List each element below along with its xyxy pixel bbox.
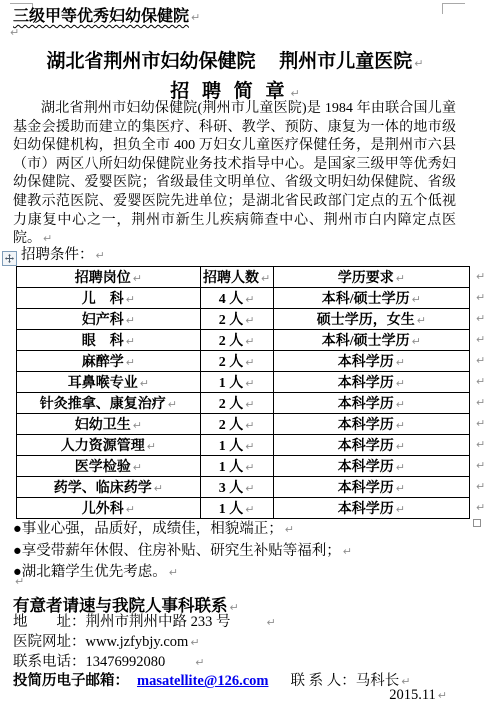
table-cell: 本科学历↵ — [273, 498, 469, 519]
row-end-mark: ↵ — [470, 477, 493, 498]
paragraph-mark-icon: ↵ — [476, 480, 485, 493]
email-line: 投简历电子邮箱：masatellite@126.com联 系 人：马科长↵ — [13, 672, 410, 692]
paragraph-mark-icon: ↵ — [396, 461, 405, 474]
paragraph-mark-icon: ↵ — [261, 272, 270, 285]
paragraph-mark-icon: ↵ — [245, 377, 254, 390]
paragraph-mark-icon: ↵ — [126, 293, 135, 306]
paragraph-mark-icon: ↵ — [396, 356, 405, 369]
table-cell: 1 人↵ — [200, 498, 273, 519]
paragraph-mark-icon: ↵ — [476, 354, 485, 367]
row-end-mark: ↵ — [470, 330, 493, 351]
table-resize-handle[interactable] — [473, 519, 481, 527]
table-cell: 儿 科↵ — [17, 288, 201, 309]
website-label: 医院网址： — [13, 634, 86, 650]
row-end-mark: ↵ — [470, 267, 493, 288]
table-row: 儿外科↵ 1 人↵ 本科学历↵ ↵ — [17, 498, 493, 519]
paragraph-mark-icon: ↵ — [133, 461, 142, 474]
table-cell: 妇幼卫生↵ — [17, 414, 201, 435]
paragraph-mark-icon: ↵ — [169, 566, 178, 579]
email-link[interactable]: masatellite@126.com — [137, 673, 268, 689]
header-cell-position: 招聘岗位↵ — [17, 267, 201, 288]
table-cell: 眼 科↵ — [17, 330, 201, 351]
paragraph-mark-icon: ↵ — [245, 440, 254, 453]
table-row: 药学、临床药学↵ 3 人↵ 本科学历↵ ↵ — [17, 477, 493, 498]
paragraph-mark-icon: ↵ — [96, 249, 105, 262]
row-end-mark: ↵ — [470, 498, 493, 519]
top-label: 三级甲等优秀妇幼保健院↵ — [13, 3, 200, 26]
table-cell: 本科学历↵ — [273, 393, 469, 414]
table-row: 妇产科↵ 2 人↵ 硕士学历，女生↵ ↵ — [17, 309, 493, 330]
table-cell: 2 人↵ — [200, 309, 273, 330]
table-cell: 2 人↵ — [200, 330, 273, 351]
website-value: www.jzfybjy.com — [86, 634, 189, 650]
table-cell: 妇产科↵ — [17, 309, 201, 330]
table-row: 麻醉学↵ 2 人↵ 本科学历↵ ↵ — [17, 351, 493, 372]
paragraph-mark-icon: ↵ — [245, 419, 254, 432]
row-end-mark: ↵ — [470, 456, 493, 477]
paragraph-mark-icon: ↵ — [140, 377, 149, 390]
paragraph-mark-icon: ↵ — [245, 482, 254, 495]
paragraph-mark-icon: ↵ — [476, 270, 485, 283]
date-line: 2015.11↵ — [389, 687, 447, 704]
paragraph-mark-icon: ↵ — [476, 312, 485, 325]
table-cell: 人力资源管理↵ — [17, 435, 201, 456]
table-cell: 2 人↵ — [200, 414, 273, 435]
paragraph-mark-icon: ↵ — [154, 482, 163, 495]
paragraph-mark-icon: ↵ — [396, 272, 405, 285]
paragraph-mark-icon: ↵ — [417, 314, 426, 327]
recruitment-table: 招聘岗位↵ 招聘人数↵ 学历要求↵ ↵ 儿 科↵ 4 人↵ 本科/硕士学历↵ ↵… — [16, 266, 493, 519]
table-cell: 3 人↵ — [200, 477, 273, 498]
paragraph-mark-icon: ↵ — [291, 87, 300, 100]
page-subtitle: 招 聘 简 章↵ — [0, 76, 470, 103]
paragraph-mark-icon: ↵ — [414, 57, 423, 70]
email-label: 投简历电子邮箱： — [13, 673, 129, 689]
top-label-text: 三级甲等优秀妇幼保健院 — [13, 8, 189, 25]
paragraph-mark-icon: ↵ — [10, 26, 19, 39]
table-cell: 耳鼻喉专业↵ — [17, 372, 201, 393]
paragraph-mark-icon: ↵ — [285, 523, 294, 536]
paragraph-mark-icon: ↵ — [476, 417, 485, 430]
paragraph-mark-icon: ↵ — [245, 335, 254, 348]
paragraph-mark-icon: ↵ — [245, 503, 254, 516]
paragraph-mark-icon: ↵ — [476, 459, 485, 472]
paragraph-mark-icon: ↵ — [476, 291, 485, 304]
paragraph-mark-icon: ↵ — [190, 636, 199, 649]
table-cell: 1 人↵ — [200, 456, 273, 477]
table-cell: 1 人↵ — [200, 372, 273, 393]
paragraph-mark-icon: ↵ — [147, 440, 156, 453]
table-row: 针灸推拿、康复治疗↵ 2 人↵ 本科学历↵ ↵ — [17, 393, 493, 414]
paragraph-mark-icon: ↵ — [396, 482, 405, 495]
row-end-mark: ↵ — [470, 393, 493, 414]
notes-list: ●事业心强，品质好，成绩佳，相貌端正；↵ ●享受带薪年休假、住房补贴、研究生补贴… — [13, 519, 352, 584]
row-end-mark: ↵ — [470, 414, 493, 435]
row-end-mark: ↵ — [470, 309, 493, 330]
text-boundary-corner-mark — [442, 3, 465, 14]
address-label: 地 址： — [13, 614, 86, 630]
phone-line: 联系电话：13476992080↵ — [13, 653, 410, 673]
contact-person-label: 联 系 人： — [290, 673, 355, 689]
phone-label: 联系电话： — [13, 654, 86, 670]
table-cell: 麻醉学↵ — [17, 351, 201, 372]
header-cell-education: 学历要求↵ — [273, 267, 469, 288]
note-item: ●事业心强，品质好，成绩佳，相貌端正；↵ — [13, 519, 352, 541]
table-row: 医学检验↵ 1 人↵ 本科学历↵ ↵ — [17, 456, 493, 477]
paragraph-mark-icon: ↵ — [245, 314, 254, 327]
paragraph-mark-icon: ↵ — [195, 656, 204, 669]
table-cell: 医学检验↵ — [17, 456, 201, 477]
paragraph-mark-icon: ↵ — [126, 314, 135, 327]
paragraph-mark-icon: ↵ — [343, 545, 352, 558]
table-row: 儿 科↵ 4 人↵ 本科/硕士学历↵ ↵ — [17, 288, 493, 309]
paragraph-mark-icon: ↵ — [476, 438, 485, 451]
paragraph-mark-icon: ↵ — [476, 396, 485, 409]
paragraph-mark-icon: ↵ — [396, 377, 405, 390]
phone-value: 13476992080 — [86, 654, 166, 670]
table-cell: 本科/硕士学历↵ — [273, 330, 469, 351]
paragraph-mark-icon: ↵ — [245, 461, 254, 474]
table-cell: 本科/硕士学历↵ — [273, 288, 469, 309]
page-title: 湖北省荆州市妇幼保健院 荆州市儿童医院↵ — [0, 46, 470, 73]
table-cell: 药学、临床药学↵ — [17, 477, 201, 498]
paragraph-mark-icon: ↵ — [245, 356, 254, 369]
table-cell: 1 人↵ — [200, 435, 273, 456]
table-move-handle-icon[interactable] — [2, 251, 17, 266]
table-cell: 2 人↵ — [200, 351, 273, 372]
table-cell: 儿外科↵ — [17, 498, 201, 519]
row-end-mark: ↵ — [470, 288, 493, 309]
row-end-mark: ↵ — [470, 435, 493, 456]
paragraph-mark-icon: ↵ — [267, 616, 276, 629]
paragraph-mark-icon: ↵ — [476, 501, 485, 514]
table-row: 人力资源管理↵ 1 人↵ 本科学历↵ ↵ — [17, 435, 493, 456]
table-cell: 针灸推拿、康复治疗↵ — [17, 393, 201, 414]
table-cell: 本科学历↵ — [273, 456, 469, 477]
row-end-mark: ↵ — [470, 351, 493, 372]
intro-paragraph: 湖北省荆州市妇幼保健院(荆州市儿童医院)是 1984 年由联合国儿童基金会援助而… — [13, 100, 456, 249]
paragraph-mark-icon: ↵ — [245, 398, 254, 411]
four-way-arrow-icon — [5, 254, 14, 263]
paragraph-mark-icon: ↵ — [476, 333, 485, 346]
table-cell: 本科学历↵ — [273, 351, 469, 372]
paragraph-mark-icon: ↵ — [126, 503, 135, 516]
table-row: 妇幼卫生↵ 2 人↵ 本科学历↵ ↵ — [17, 414, 493, 435]
paragraph-mark-icon: ↵ — [133, 419, 142, 432]
paragraph-mark-icon: ↵ — [412, 335, 421, 348]
note-item: ●享受带薪年休假、住房补贴、研究生补贴等福利；↵ — [13, 541, 352, 563]
table-header-row: 招聘岗位↵ 招聘人数↵ 学历要求↵ ↵ — [17, 267, 493, 288]
paragraph-mark-icon: ↵ — [168, 398, 177, 411]
note-item: ●湖北籍学生优先考虑。↵ — [13, 562, 352, 584]
address-line: 地 址：荆州市荆州中路 233 号↵ — [13, 613, 410, 633]
paragraph-mark-icon: ↵ — [438, 689, 447, 702]
paragraph-mark-icon: ↵ — [476, 375, 485, 388]
website-line: 医院网址：www.jzfybjy.com↵ — [13, 633, 410, 653]
row-end-mark: ↵ — [470, 372, 493, 393]
paragraph-mark-icon: ↵ — [126, 335, 135, 348]
table-cell: 2 人↵ — [200, 393, 273, 414]
table-cell: 本科学历↵ — [273, 435, 469, 456]
paragraph-mark-icon: ↵ — [245, 293, 254, 306]
table-cell: 本科学历↵ — [273, 372, 469, 393]
table-cell: 硕士学历，女生↵ — [273, 309, 469, 330]
table-cell: 4 人↵ — [200, 288, 273, 309]
table-cell: 本科学历↵ — [273, 477, 469, 498]
conditions-label: 招聘条件：↵ — [21, 243, 105, 264]
table-row: 耳鼻喉专业↵ 1 人↵ 本科学历↵ ↵ — [17, 372, 493, 393]
paragraph-mark-icon: ↵ — [396, 398, 405, 411]
contact-block: 地 址：荆州市荆州中路 233 号↵ 医院网址：www.jzfybjy.com↵… — [13, 613, 410, 692]
paragraph-mark-icon: ↵ — [191, 11, 200, 24]
table-cell: 本科学历↵ — [273, 414, 469, 435]
word-document-page: 三级甲等优秀妇幼保健院↵ ↵ 湖北省荆州市妇幼保健院 荆州市儿童医院↵ 招 聘 … — [0, 0, 493, 717]
paragraph-mark-icon: ↵ — [396, 503, 405, 516]
table-row: 眼 科↵ 2 人↵ 本科/硕士学历↵ ↵ — [17, 330, 493, 351]
paragraph-mark-icon: ↵ — [396, 440, 405, 453]
paragraph-mark-icon: ↵ — [15, 575, 24, 588]
paragraph-mark-icon: ↵ — [396, 419, 405, 432]
header-cell-count: 招聘人数↵ — [200, 267, 273, 288]
paragraph-mark-icon: ↵ — [133, 272, 142, 285]
paragraph-mark-icon: ↵ — [126, 356, 135, 369]
paragraph-mark-icon: ↵ — [412, 293, 421, 306]
address-value: 荆州市荆州中路 233 号 — [86, 614, 231, 630]
